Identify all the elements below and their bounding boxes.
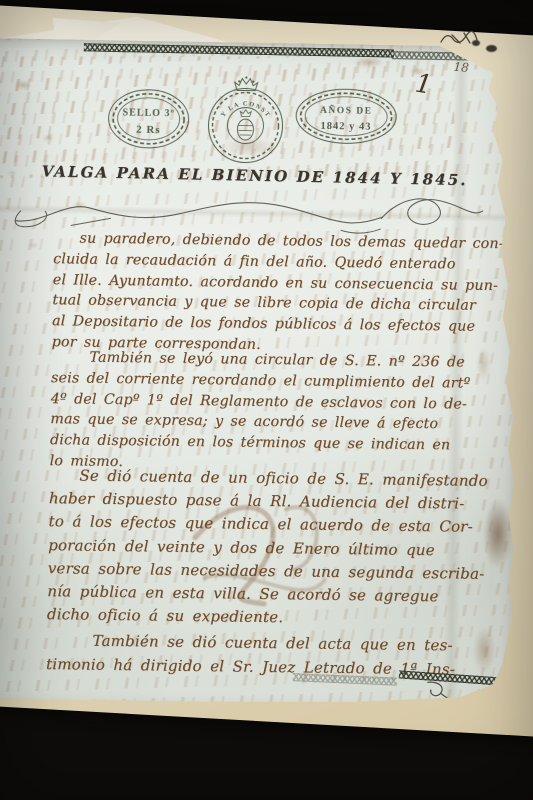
sello-line2: 2 Rs (136, 124, 161, 136)
foxing-stain (28, 243, 38, 248)
foxing-stain (42, 135, 53, 141)
handwriting-paragraph-4: También se dió cuenta del acta que en te… (46, 628, 456, 682)
page-number: 18 (453, 60, 469, 75)
ink-blob (472, 40, 480, 46)
shield-icon (237, 109, 254, 140)
foxing-stain (8, 170, 17, 175)
sello-line1: SELLO 3º (123, 107, 175, 119)
handwriting-paragraph-1: su paradero, debiendo de todos los demas… (52, 227, 504, 360)
revenue-stamp-anos: AÑOS DE 1842 y 43 (293, 87, 399, 145)
ink-blob (486, 45, 497, 52)
handwriting-paragraph-3: Se dió cuenta de un oficio de S. E. mani… (47, 463, 488, 633)
foxing-stain (15, 81, 31, 90)
photo-frame: SELLO 3º 2 Rs Y LA CONST (0, 0, 533, 800)
royal-seal-stamp: Y LA CONST (200, 72, 292, 166)
anos-line1: AÑOS DE (320, 104, 373, 117)
anos-line2: 1842 y 43 (320, 121, 371, 133)
revenue-stamp-sello: SELLO 3º 2 Rs (106, 87, 191, 150)
handwriting-paragraph-2: También se leyó una circular de S. E. nº… (49, 346, 470, 478)
pencil-scribble (438, 25, 494, 49)
document-page: SELLO 3º 2 Rs Y LA CONST (0, 38, 526, 707)
foxing-stain (354, 56, 384, 68)
